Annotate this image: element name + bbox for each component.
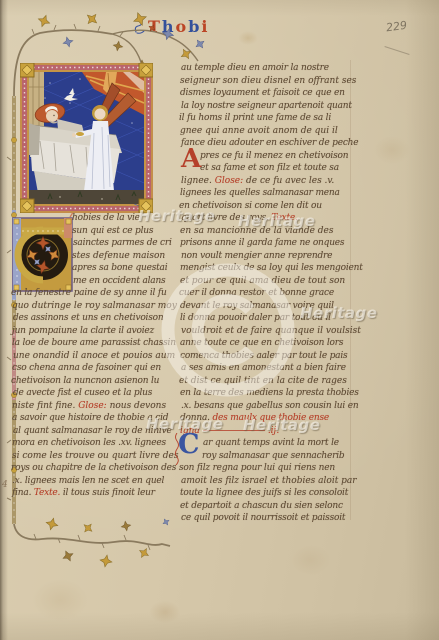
ink-text: il tous suis finoit leur [60,488,155,498]
text-line: .x. lignees mais len ne scet en quel [12,475,172,488]
ink-text: en chetivoison si come len dit ou [179,201,322,211]
ink-text: en la terre des mediens la presta thobie… [180,388,359,398]
text-line: en sa mancionne de la viande des [180,225,350,238]
title-letter: T [148,17,162,36]
ink-text: apres sa bone questai [72,263,167,273]
ink-text: toute la lignee des juifs si les consolo… [180,488,348,498]
text-line: jun pompaiune la clarte il avoiez [12,325,172,338]
ink-text: la loe de boure ame parassist chassin [12,338,176,348]
text-line: lignee. Glose: de ce fu avec les .v. [181,175,351,188]
floor [29,190,144,204]
ink-text: dismes loyaument et faisoit ce que en [180,88,345,98]
text-line: a savoir que histoire de thobie a cid [12,412,172,425]
text-line: fina. Texte. il tous suis finoit leur [12,487,172,500]
text-line: igna.ij. [180,425,350,438]
ink-text: al quant salmanasar le roy de ninive [13,426,172,436]
ink-text: me en occident alans [73,276,165,286]
text-line: sun qui est ce plus [72,225,172,238]
ink-text: la loy nostre seigneur apartenoit quant [181,101,352,111]
ink-text: .x. besans que gabellus son cousin lui e… [181,401,358,411]
ink-text: et sa fame et son filz et toute sa [200,163,339,173]
ink-text: il fu homs il print une fame de sa li [179,113,331,123]
title-letter: b [188,17,201,36]
rubric-text: Glose: [215,176,243,186]
text-line: non voult mengier anne reprendre [181,250,351,263]
ink-text: quo dutringe le roy salmanasar moy [12,301,177,311]
text-line: devant le roy salmanasar voire quil [180,300,350,313]
ink-text: prisons anne il garda fame ne onques [180,238,344,248]
ink-text: niste fint fine. [12,401,78,411]
ink-text: stes defenue maison [72,251,165,261]
text-line: niste fint fine. Glose: nous devons [12,400,172,413]
text-line: roy salmanasar que sennacherib [180,450,350,463]
text-line: et pour ce quil ama dieu de tout son [180,275,350,288]
text-line: en la terre des mediens la presta thobie… [180,387,350,400]
ink-text: amoit les filz israel et thobies aloit p… [181,476,357,486]
ink-text: ce quil povoit il nourrissoit et paissoi… [181,513,345,523]
ink-text: des assinons et uns en chetivoison [13,313,163,323]
text-line: amoit les filz israel et thobies aloit p… [181,475,351,488]
text-line: sainctes parmes de cri [73,237,173,250]
miniature-scene [29,72,144,206]
ink-text: fance dieu adouter en eschiver de peche [181,138,358,148]
text-line: li donna pouoir daler par tout ou il [180,312,350,325]
ink-text: jun pompaiune la clarte il avoiez [12,326,154,336]
text-line: la loy nostre seigneur apartenoit quant [181,100,351,113]
ink-text: en sa mancionne de la viande des [180,226,333,236]
text-line: ar quant temps avint la mort le [181,437,351,450]
text-line: mengist ceulx de sa loy qui les mengoien… [180,262,350,275]
rubric-filler-line [203,430,265,431]
text-line: chetivoison la nuncnon asienon lu [11,375,171,388]
text-line: toute la lignee des juifs si les consolo… [180,487,350,500]
ink-text: une onandid il anoce et pouios aum [13,351,175,361]
manuscript-photo: Thobi 229 4 [0,0,439,640]
ink-text: son filz regna pour lui qui riens nen [179,463,335,473]
ink-text: gnee qui anne avoit anom de qui il [180,126,338,136]
ink-text: cso chena anna de fasoiner qui en [12,363,161,373]
miniature-tobit-deathbed [20,63,153,213]
text-line: au temple dieu en amoir la nostre [181,62,351,75]
rubric-text: Glose: [78,401,106,411]
title-letter: i [201,17,209,36]
rubric-text: .ij. [268,426,279,436]
ink-text: hobies de la vie [72,213,140,223]
text-column-right: A C au temple dieu en amoir la nostresei… [180,62,350,525]
text-line: de avecte fist el cuseo et la plus [13,387,173,400]
text-line: la loe de boure ame parassist chassin [12,337,172,350]
ink-text: vouldroit et de faire quanque il voulsis… [181,326,361,336]
text-line: si come les trouve ou quart livre des [12,450,172,463]
rubric-text: Texte. [34,488,60,498]
text-line: cso chena anna de fasoiner qui en [12,362,172,375]
pen-flourish-icon [134,19,148,39]
ruling-line [350,60,351,520]
text-line: mora en chetivoison les .xv. lignees [12,437,172,450]
text-line: lignees les quelles salmanasar mena [180,187,350,200]
text-line: et departoit a chascun du sien selonc [180,500,350,513]
ink-text: anne toute ce que en chetivoison lors [180,338,343,348]
title-letter: h [162,17,176,36]
ink-text: a savoir que histoire de thobie a cid [12,413,168,423]
ink-text: li donna pouoir daler par tout ou il [180,313,331,323]
text-line: al quant salmanasar le roy de ninive [13,425,173,438]
ink-text: de ce fu avec les .v. [243,176,334,186]
text-line: hobies de la vie [72,212,172,225]
ink-text: lignees les quelles salmanasar mena [180,188,340,198]
ink-text: a ses amis en amonestant a bien faire [181,363,346,373]
text-line: roys ou chapitre de la chetivoison des [11,462,171,475]
ink-text: pres ce fu il menez en chetivoison [200,151,348,161]
text-line: vouldroit et de faire quanque il voulsis… [181,325,351,338]
ink-text: mora en chetivoison les .xv. lignees [12,438,166,448]
text-line: et dist ce quil tint en la cite de rages [179,375,349,388]
pen-flourish-icon [174,433,178,463]
text-line: donna. des maulx que thobie ense [180,412,350,425]
text-line: en chetivoison si come len dit ou [179,200,349,213]
rubric-initial-A: A [181,146,201,172]
ink-text: quart livre des roys. [181,213,271,223]
margin-mark: 4 [2,480,8,490]
text-line: pres ce fu il menez en chetivoison [180,150,350,163]
text-line: son filz regna pour lui qui riens nen [179,462,349,475]
text-line: fance dieu adouter en eschiver de peche [181,137,351,150]
ink-text: de avecte fist el cuseo et la plus [13,388,152,398]
ink-text: comenca thobies aaler par tout le pais [180,351,347,361]
ink-text: devant le roy salmanasar voire quil [180,301,334,311]
ink-text: chetivoison la nuncnon asienon lu [11,376,159,386]
text-line: en la fenestre paine de sy anne il fu [11,287,171,300]
text-line: apres sa bone questai [72,262,172,275]
ink-text: roy salmanasar que sennacherib [202,451,345,461]
ink-text: sainctes parmes de cri [73,238,172,248]
text-line: seigneur son dieu disnel en offrant ses [180,75,350,88]
ink-text: .x. lignees mais len ne scet en quel [12,476,164,486]
bystander [29,123,40,155]
text-line: stes defenue maison [72,250,172,263]
ink-text: mengist ceulx de sa loy qui les mengoien… [180,263,363,273]
text-line: a ses amis en amonestant a bien faire [181,362,351,375]
text-line: et sa fame et son filz et toute sa [180,162,350,175]
ink-text: roys ou chapitre de la chetivoison des [11,463,176,473]
ink-text: et dist ce quil tint en la cite de rages [179,376,347,386]
text-line: quart livre des roys. Texte. [181,212,351,225]
rubric-text: Texte. [271,213,297,223]
text-line: prisons anne il garda fame ne onques [180,237,350,250]
text-line: gnee qui anne avoit anom de qui il [180,125,350,138]
text-line: une onandid il anoce et pouios aum [13,350,173,363]
text-line: cuer il donna restor et bonne grace [179,287,349,300]
text-line: dismes loyaument et faisoit ce que en [180,87,350,100]
rubric-text: des maulx que thobie ense [212,413,329,423]
text-line: il fu homs il print une fame de sa li [179,112,349,125]
ink-text: donna. [180,413,212,423]
ink-text: au temple dieu en amoir la nostre [181,63,329,73]
text-line: des assinons et uns en chetivoison [13,312,173,325]
ink-text: seigneur son dieu disnel en offrant ses [180,76,356,86]
ink-text: cuer il donna restor et bonne grace [179,288,334,298]
ink-text: non voult mengier anne reprendre [181,251,332,261]
ink-text: sun qui est ce plus [72,226,153,236]
ink-text: nous devons [107,401,166,411]
ink-text: fina. [12,488,34,498]
text-column-left: hobies de la viesun qui est ce plussainc… [12,212,172,500]
ink-text: ar quant temps avint la mort le [203,438,339,448]
text-line: .x. besans que gabellus son cousin lui e… [181,400,351,413]
text-line: me en occident alans [73,275,173,288]
text-line: comenca thobies aaler par tout le pais [180,350,350,363]
running-title: Thobi [148,17,209,37]
ink-text: lignee. [181,176,215,186]
running-title-letters: Thobi [148,17,209,36]
text-line: anne toute ce que en chetivoison lors [180,337,350,350]
ink-text: si come les trouve ou quart livre des [12,451,178,461]
ink-text: et departoit a chascun du sien selonc [180,501,343,511]
text-line: ce quil povoit il nourrissoit et paissoi… [181,512,351,525]
title-letter: o [176,17,189,36]
text-line: quo dutringe le roy salmanasar moy [12,300,172,313]
ink-text: et pour ce quil ama dieu de tout son [180,276,345,286]
ink-text: en la fenestre paine de sy anne il fu [11,288,167,298]
